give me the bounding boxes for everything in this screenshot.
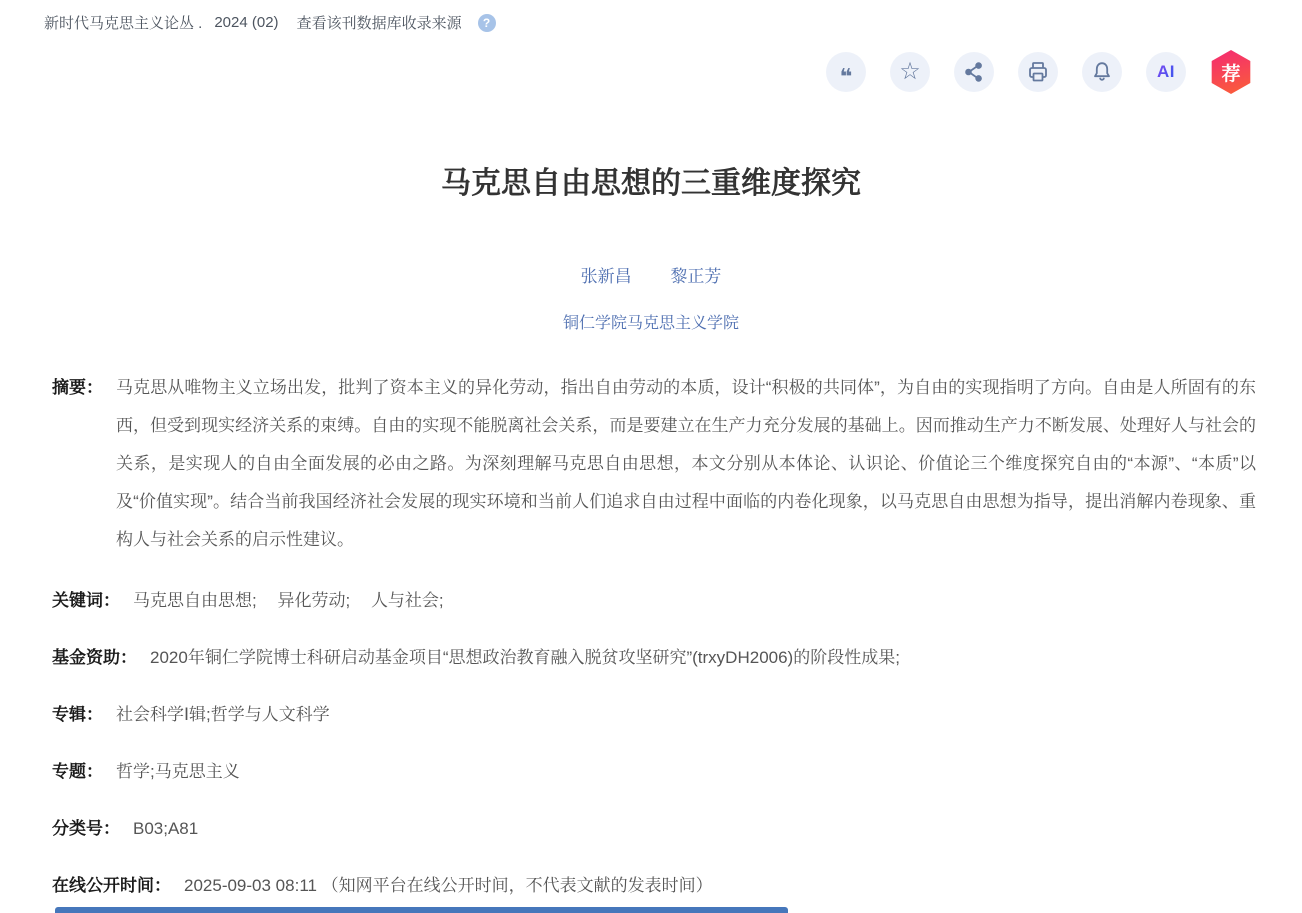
bottom-section-bar xyxy=(55,907,788,913)
abstract-label: 摘要： xyxy=(52,369,103,407)
database-source-link[interactable]: 查看该刊数据库收录来源 xyxy=(297,12,462,33)
ai-icon: AI xyxy=(1157,62,1175,82)
affiliation-link[interactable]: 铜仁学院马克思主义学院 xyxy=(563,315,739,332)
recommend-icon: 荐 xyxy=(1221,59,1240,86)
keywords-list: 马克思自由思想; 异化劳动; 人与社会; xyxy=(133,586,460,616)
album-row: 专辑： 社会科学Ⅰ辑;哲学与人文科学 xyxy=(52,700,1256,730)
print-button[interactable] xyxy=(1018,52,1058,92)
share-button[interactable] xyxy=(954,52,994,92)
notify-button[interactable] xyxy=(1082,52,1122,92)
fund-label: 基金资助： xyxy=(52,643,137,673)
quote-icon: ❝ xyxy=(840,66,853,88)
online-time-label: 在线公开时间： xyxy=(52,871,171,901)
author-link[interactable]: 张新昌 xyxy=(581,267,632,286)
affiliation: 铜仁学院马克思主义学院 xyxy=(0,310,1302,333)
online-time-text: 2025-09-03 08:11 （知网平台在线公开时间，不代表文献的发表时间） xyxy=(184,871,713,901)
favorite-button[interactable]: ☆ xyxy=(890,52,930,92)
topic-text: 哲学;马克思主义 xyxy=(116,757,240,787)
keyword-link[interactable]: 马克思自由思想; xyxy=(133,591,257,610)
keyword-link[interactable]: 异化劳动; xyxy=(277,591,350,610)
printer-icon xyxy=(1026,60,1050,84)
journal-title-link[interactable]: 新时代马克思主义论丛 . xyxy=(44,12,202,33)
classification-row: 分类号： B03;A81 xyxy=(52,814,1256,844)
star-icon: ☆ xyxy=(899,60,921,84)
topic-row: 专题： 哲学;马克思主义 xyxy=(52,757,1256,787)
abstract-text: 马克思从唯物主义立场出发，批判了资本主义的异化劳动，指出自由劳动的本质，设计“积… xyxy=(116,369,1256,559)
ai-assistant-button[interactable]: AI xyxy=(1146,52,1186,92)
article-metadata: 摘要： 马克思从唯物主义立场出发，批判了资本主义的异化劳动，指出自由劳动的本质，… xyxy=(52,369,1256,901)
keywords-row: 关键词： 马克思自由思想; 异化劳动; 人与社会; xyxy=(52,586,1256,616)
album-label: 专辑： xyxy=(52,700,103,730)
help-icon[interactable]: ? xyxy=(478,14,496,32)
author-list: 张新昌 黎正芳 xyxy=(0,262,1302,287)
recommend-button[interactable]: 荐 xyxy=(1210,50,1252,94)
online-time-row: 在线公开时间： 2025-09-03 08:11 （知网平台在线公开时间，不代表… xyxy=(52,871,1256,901)
abstract-row: 摘要： 马克思从唯物主义立场出发，批判了资本主义的异化劳动，指出自由劳动的本质，… xyxy=(52,369,1256,559)
journal-info-bar: 新时代马克思主义论丛 . 2024 (02) 查看该刊数据库收录来源 ? xyxy=(44,12,496,33)
keywords-label: 关键词： xyxy=(52,586,120,616)
classification-text: B03;A81 xyxy=(133,814,198,844)
journal-issue: 2024 (02) xyxy=(214,14,278,31)
cite-button[interactable]: ❝ xyxy=(826,52,866,92)
fund-row: 基金资助： 2020年铜仁学院博士科研启动基金项目“思想政治教育融入脱贫攻坚研究… xyxy=(52,643,1256,673)
topic-label: 专题： xyxy=(52,757,103,787)
classification-label: 分类号： xyxy=(52,814,120,844)
author-link[interactable]: 黎正芳 xyxy=(670,267,721,286)
fund-text: 2020年铜仁学院博士科研启动基金项目“思想政治教育融入脱贫攻坚研究”(trxy… xyxy=(150,643,900,673)
share-icon xyxy=(963,61,985,83)
bell-icon xyxy=(1090,60,1114,84)
album-text: 社会科学Ⅰ辑;哲学与人文科学 xyxy=(116,700,330,730)
article-title: 马克思自由思想的三重维度探究 xyxy=(0,158,1302,202)
keyword-link[interactable]: 人与社会; xyxy=(371,591,444,610)
article-toolbar: ❝ ☆ AI 荐 xyxy=(826,50,1252,94)
